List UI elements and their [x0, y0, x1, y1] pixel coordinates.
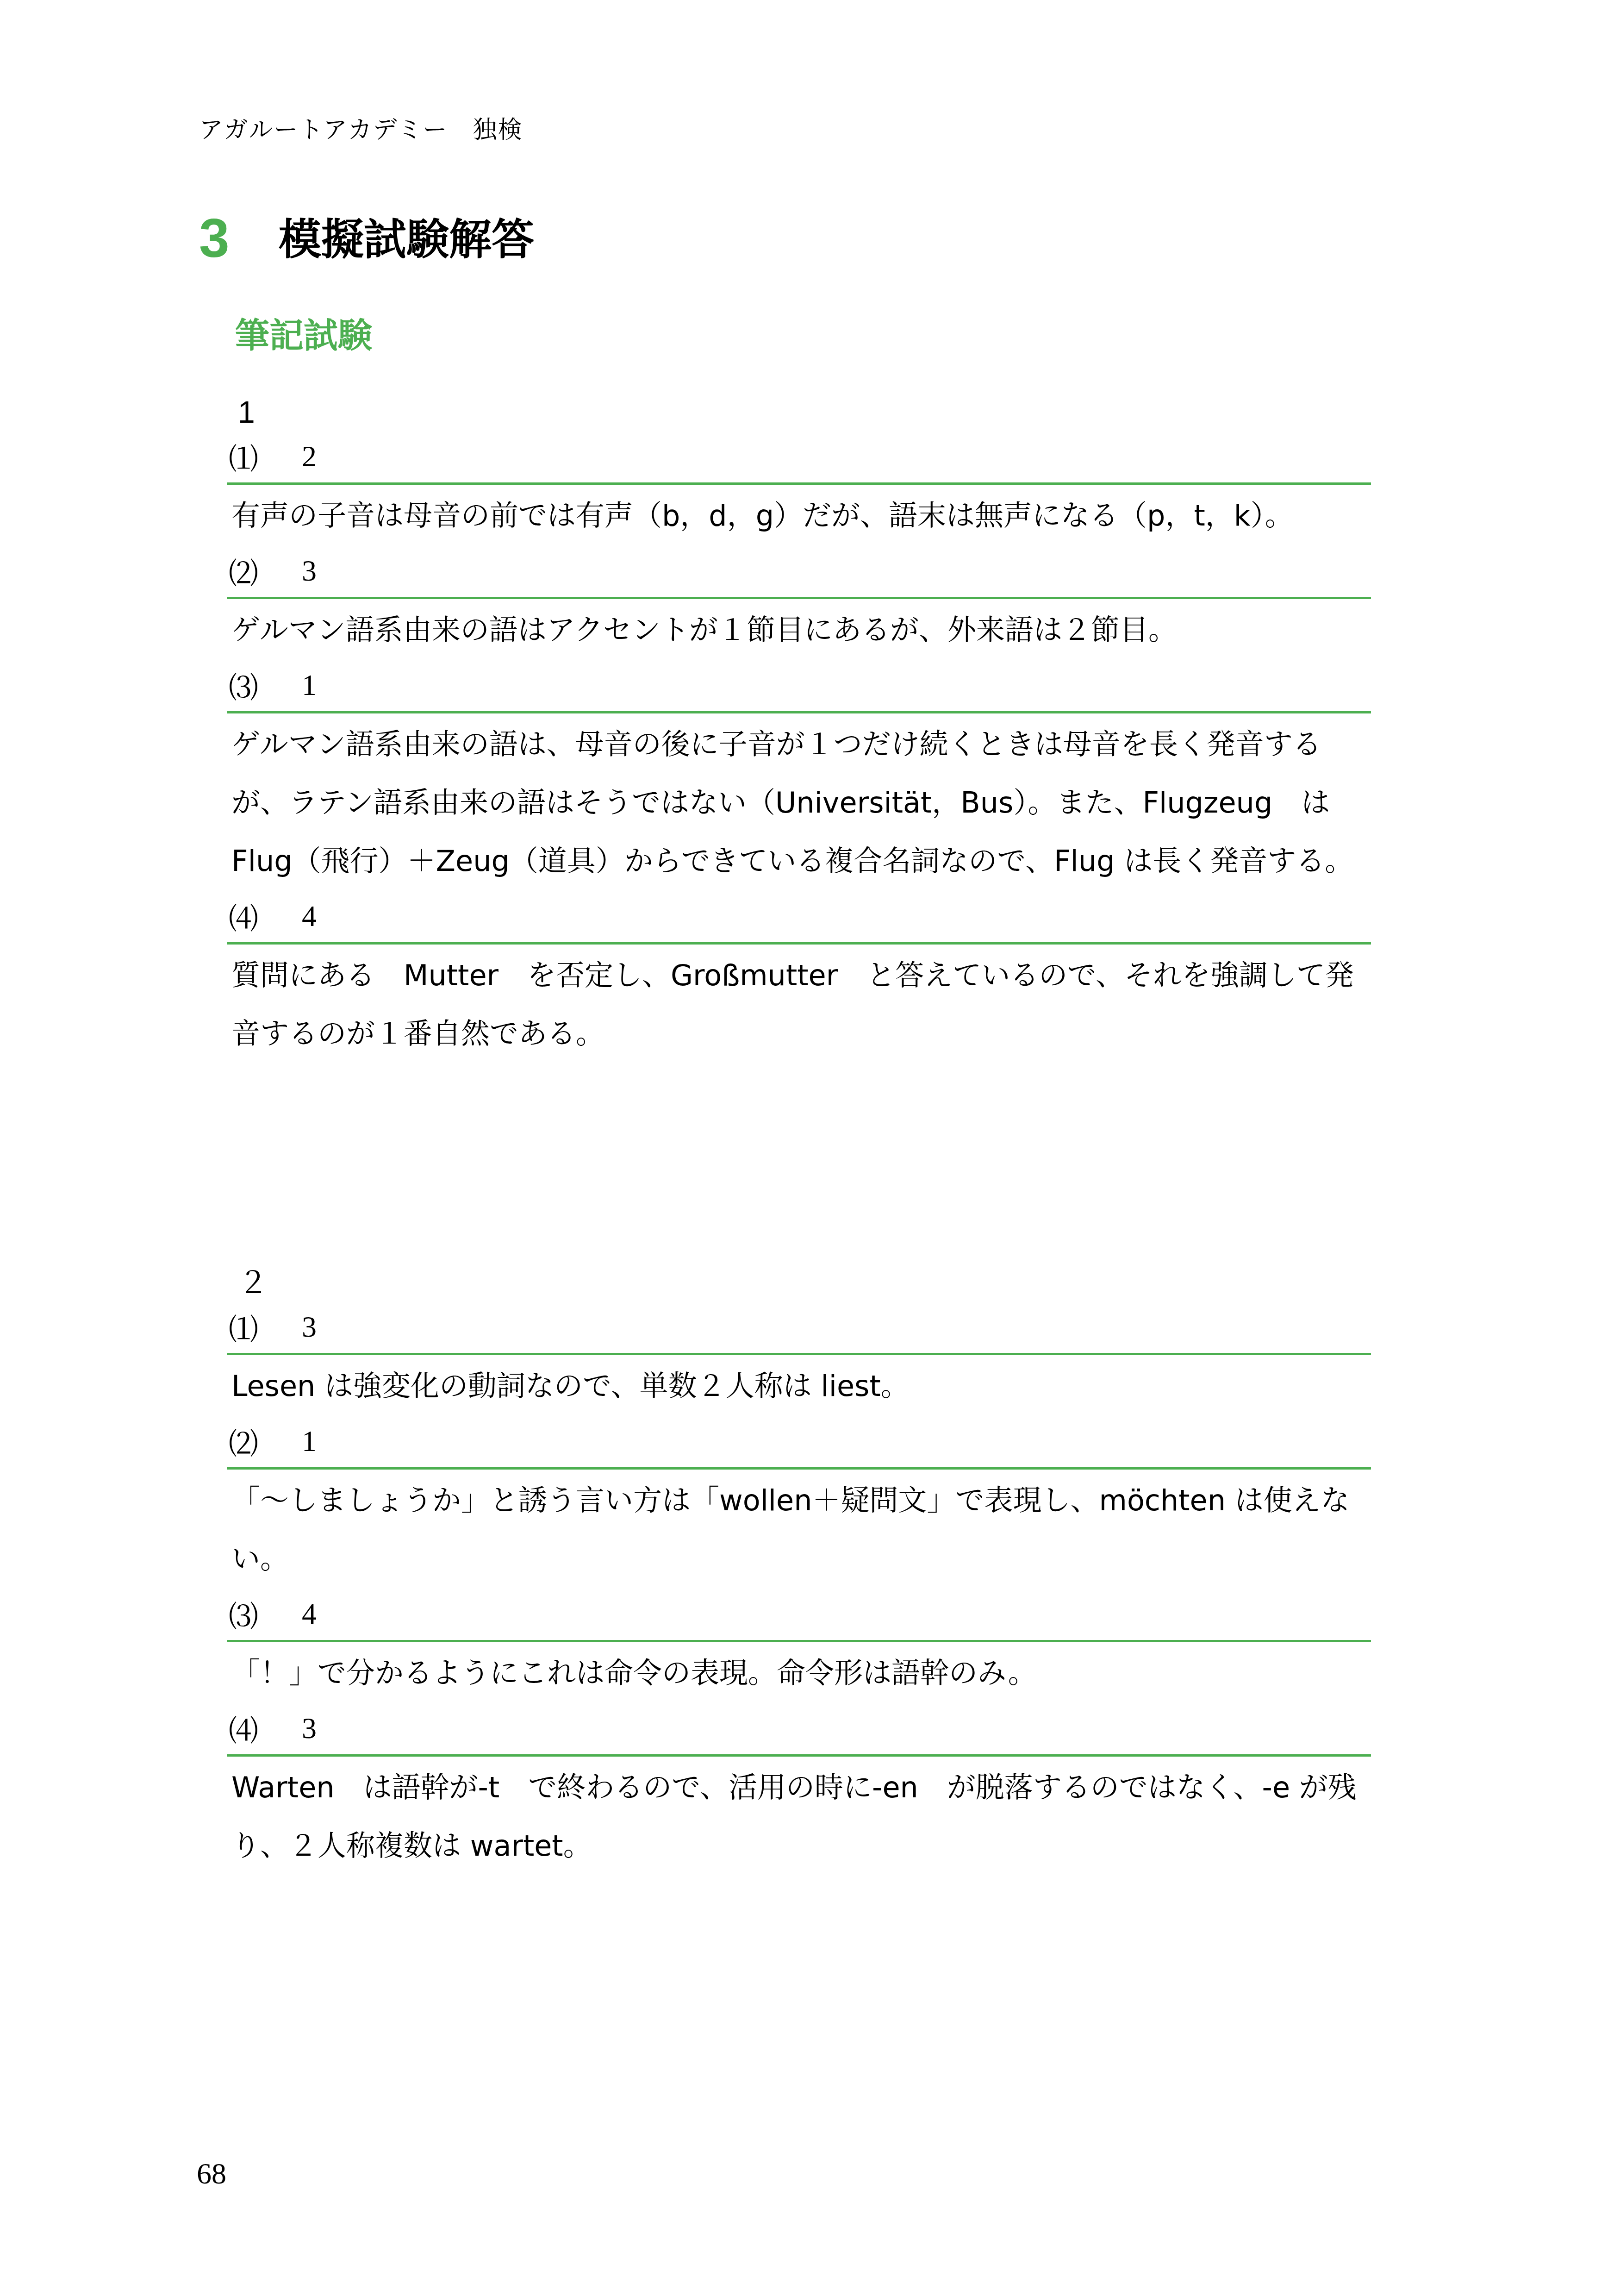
explanation: Warten は語幹が-t で終わるので、活用の時に-en が脱落するのではなく…	[227, 1757, 1371, 1875]
question-label: ⑴	[227, 435, 302, 478]
answer-value: 3	[302, 1310, 317, 1344]
question-label: ⑷	[227, 1707, 302, 1750]
answer-group-1: 1 ⑴ 2 有声の子音は母音の前では有声（b，d，g）だが、語末は無声になる（p…	[227, 394, 1371, 1063]
question-row: ⑵ 3	[227, 545, 1371, 597]
question-label: ⑶	[227, 1593, 302, 1635]
question-row: ⑴ 2	[227, 431, 1371, 482]
question-label: ⑵	[227, 1420, 302, 1463]
question-row: ⑵ 1	[227, 1415, 1371, 1467]
answer-value: 4	[302, 1597, 317, 1631]
group-number: 1	[227, 394, 1371, 431]
question-row: ⑴ 3	[227, 1301, 1371, 1353]
answer-value: 1	[302, 668, 317, 702]
answer-value: 3	[302, 554, 317, 588]
question-row: ⑶ 1	[227, 659, 1371, 711]
question-label: ⑵	[227, 550, 302, 592]
answer-value: 4	[302, 899, 317, 933]
running-header: アガルートアカデミー 独検	[199, 110, 523, 145]
explanation: 有声の子音は母音の前では有声（b，d，g）だが、語末は無声になる（p，t，k）。	[227, 485, 1371, 545]
explanation: 質問にある Mutter を否定し、Großmutter と答えているので、それ…	[227, 945, 1371, 1063]
explanation: 「！」で分かるようにこれは命令の表現。命令形は語幹のみ。	[227, 1642, 1371, 1702]
explanation: ゲルマン語系由来の語は、母音の後に子音が１つだけ続くときは母音を長く発音するが、…	[227, 713, 1371, 890]
answer-value: 3	[302, 1711, 317, 1745]
explanation: ゲルマン語系由来の語はアクセントが１節目にあるが、外来語は２節目。	[227, 599, 1371, 659]
chapter-title: 模擬試験解答	[279, 214, 534, 265]
page-number: 68	[197, 2157, 226, 2191]
explanation: Lesen は強変化の動詞なので、単数２人称は liest。	[227, 1355, 1371, 1415]
explanation: 「～しましょうか」と誘う言い方は「wollen＋疑問文」で表現し、möchten…	[227, 1470, 1371, 1588]
question-row: ⑶ 4	[227, 1588, 1371, 1640]
group-number: ２	[227, 1264, 1371, 1301]
chapter-number: 3	[199, 211, 230, 266]
question-label: ⑶	[227, 664, 302, 707]
question-row: ⑷ 4	[227, 890, 1371, 942]
question-row: ⑷ 3	[227, 1702, 1371, 1754]
answer-value: 1	[302, 1424, 317, 1458]
answer-value: 2	[302, 439, 317, 474]
section-title: 筆記試験	[235, 315, 372, 357]
answer-group-2: ２ ⑴ 3 Lesen は強変化の動詞なので、単数２人称は liest。 ⑵ 1…	[227, 1264, 1371, 1875]
question-label: ⑷	[227, 895, 302, 938]
question-label: ⑴	[227, 1306, 302, 1348]
